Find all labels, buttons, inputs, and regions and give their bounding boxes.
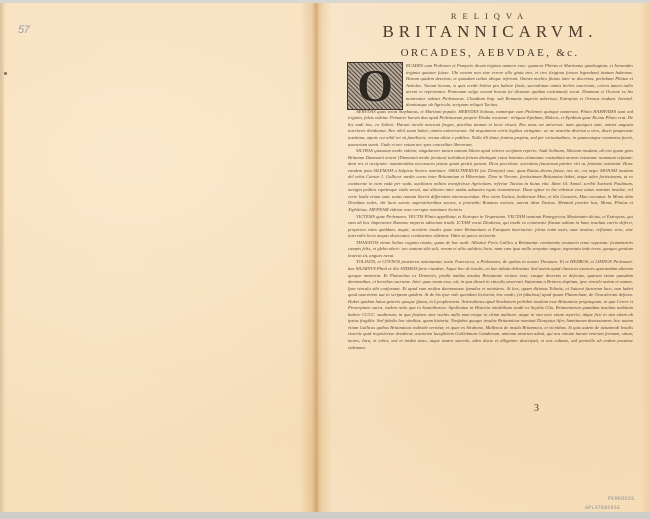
paragraph-aebudas: AEBVDAS quas vocat Stephanus, et Martian… — [348, 109, 633, 148]
page-number: 3 — [534, 403, 539, 414]
header-line-britannicarum: BRITANNICARVM. — [340, 22, 640, 42]
margin-mark — [4, 72, 7, 75]
latin-body-text: RCADES cum Ptolemeo et Pompeio dicam tri… — [348, 63, 633, 351]
paragraph-silvras: SILVRAS quasnam modo videtur, singularit… — [348, 148, 633, 213]
paragraph-orcades: RCADES cum Ptolemeo et Pompeio dicam tri… — [348, 63, 633, 109]
left-paper-edge — [0, 3, 4, 512]
paragraph-thanatos: THANATOS etiam Solino cognita insula, qu… — [348, 240, 633, 260]
bottom-background-band — [0, 512, 650, 519]
inventory-stamp-2: GPL3788291E — [585, 505, 620, 511]
header-line-orcades: ORCADES, AEBVDAE, &c. — [340, 45, 640, 61]
pencil-inventory-note: 57 — [18, 24, 29, 36]
center-fold — [312, 3, 322, 512]
paragraph-toliatis: TOLIATIS, et COVNOS praeterea nominantur… — [348, 259, 633, 351]
inventory-stamp-1: PERKOO28 — [608, 496, 634, 502]
header-line-reliqua: RELIQVA — [340, 10, 640, 22]
page-header: RELIQVA BRITANNICARVM. ORCADES, AEBVDAE,… — [340, 10, 640, 61]
paragraph-victesis: VICTESIS quae Ptolemaeo, VECTIS Plinio a… — [348, 214, 633, 240]
